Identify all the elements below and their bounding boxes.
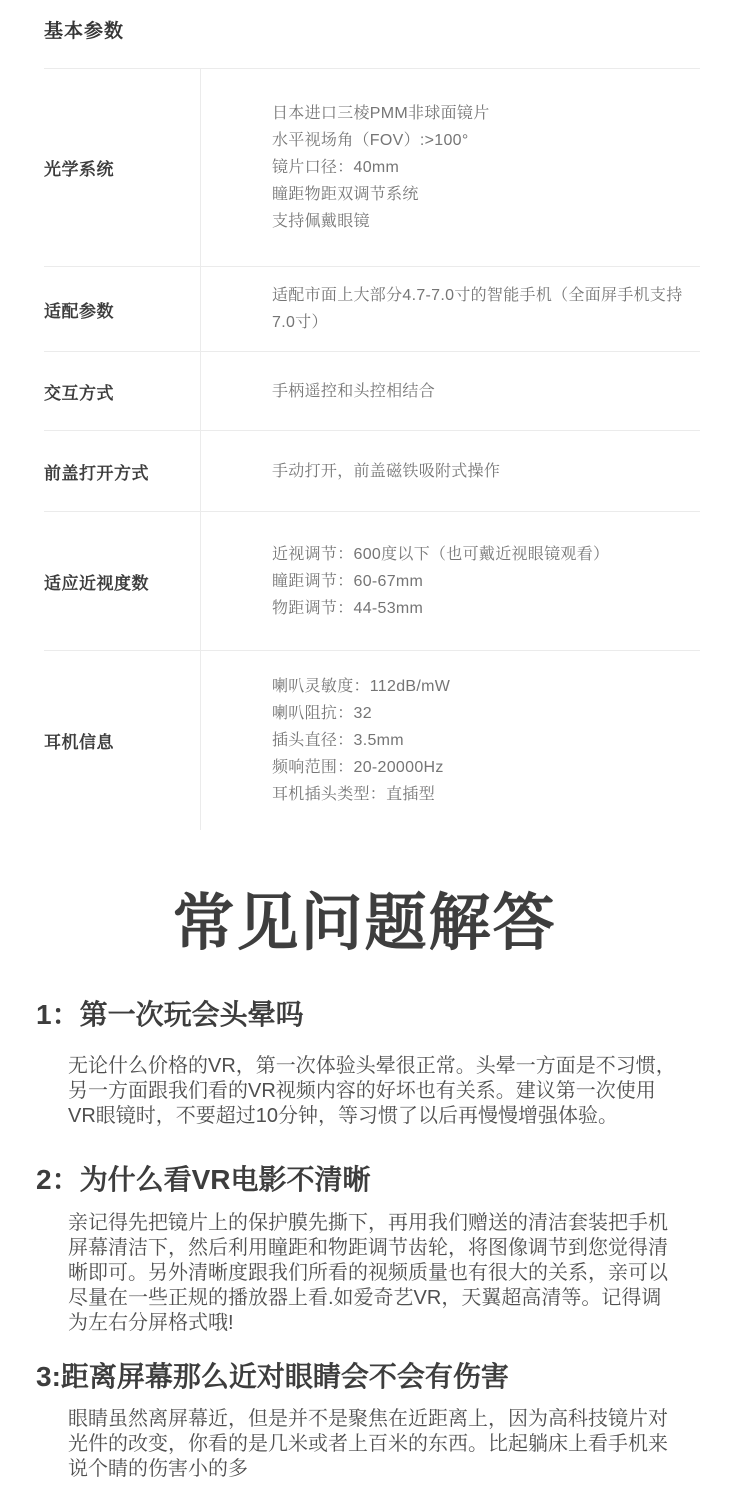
spec-row-label: 前盖打开方式 xyxy=(44,431,200,511)
faq-section: 常见问题解答 1：第一次玩会头晕吗 无论什么价格的VR，第一次体验头晕很正常。头… xyxy=(0,888,729,1482)
spec-row-value: 日本进口三棱PMM非球面镜片 水平视场角（FOV）:>100° 镜片口径：40m… xyxy=(200,69,700,266)
spec-row-label: 耳机信息 xyxy=(44,651,200,830)
spec-row-value: 手柄遥控和头控相结合 xyxy=(200,352,700,430)
spec-row-label: 适应近视度数 xyxy=(44,512,200,650)
spec-row-compatibility: 适配参数 适配市面上大部分4.7-7.0寸的智能手机（全面屏手机支持7.0寸） xyxy=(44,267,700,352)
faq-question-2: 2：为什么看VR电影不清晰 xyxy=(36,1162,729,1197)
spec-row-label: 交互方式 xyxy=(44,352,200,430)
faq-item: 1：第一次玩会头晕吗 无论什么价格的VR，第一次体验头晕很正常。头晕一方面是不习… xyxy=(0,997,729,1129)
faq-answer-1: 无论什么价格的VR，第一次体验头晕很正常。头晕一方面是不习惯， 另一方面跟我们看… xyxy=(68,1054,728,1129)
spec-row-front-cover: 前盖打开方式 手动打开，前盖磁铁吸附式操作 xyxy=(44,431,700,512)
faq-item: 2：为什么看VR电影不清晰 亲记得先把镜片上的保护膜先撕下，再用我们赠送的清洁套… xyxy=(0,1162,729,1336)
spec-row-headphone: 耳机信息 喇叭灵敏度：112dB/mW 喇叭阻抗：32 插头直径：3.5mm 频… xyxy=(44,651,700,830)
spec-row-optical-system: 光学系统 日本进口三棱PMM非球面镜片 水平视场角（FOV）:>100° 镜片口… xyxy=(44,69,700,267)
spec-row-value: 适配市面上大部分4.7-7.0寸的智能手机（全面屏手机支持7.0寸） xyxy=(200,267,700,351)
faq-answer-2: 亲记得先把镜片上的保护膜先撕下，再用我们赠送的清洁套装把手机 屏幕清洁下，然后利… xyxy=(68,1211,728,1336)
spec-section-title: 基本参数 xyxy=(44,0,729,44)
faq-question-3: 3:距离屏幕那么近对眼睛会不会有伤害 xyxy=(36,1359,729,1394)
product-detail-page: 基本参数 光学系统 日本进口三棱PMM非球面镜片 水平视场角（FOV）:>100… xyxy=(0,0,729,1499)
spec-table: 光学系统 日本进口三棱PMM非球面镜片 水平视场角（FOV）:>100° 镜片口… xyxy=(44,68,700,830)
spec-row-value: 手动打开，前盖磁铁吸附式操作 xyxy=(200,431,700,511)
spec-row-label: 光学系统 xyxy=(44,69,200,266)
faq-question-1: 1：第一次玩会头晕吗 xyxy=(36,997,729,1032)
faq-title: 常见问题解答 xyxy=(0,888,729,959)
spec-row-label: 适配参数 xyxy=(44,267,200,351)
faq-item: 3:距离屏幕那么近对眼睛会不会有伤害 眼睛虽然离屏幕近，但是并不是聚焦在近距离上… xyxy=(0,1359,729,1482)
faq-answer-3: 眼睛虽然离屏幕近，但是并不是聚焦在近距离上，因为高科技镜片对 光件的改变，你看的… xyxy=(68,1407,728,1482)
spec-row-value: 近视调节：600度以下（也可戴近视眼镜观看） 瞳距调节：60-67mm 物距调节… xyxy=(200,512,700,650)
spec-row-myopia: 适应近视度数 近视调节：600度以下（也可戴近视眼镜观看） 瞳距调节：60-67… xyxy=(44,512,700,651)
spec-row-value: 喇叭灵敏度：112dB/mW 喇叭阻抗：32 插头直径：3.5mm 频响范围：2… xyxy=(200,651,700,830)
spec-section: 基本参数 光学系统 日本进口三棱PMM非球面镜片 水平视场角（FOV）:>100… xyxy=(0,0,729,830)
spec-row-interaction: 交互方式 手柄遥控和头控相结合 xyxy=(44,352,700,431)
